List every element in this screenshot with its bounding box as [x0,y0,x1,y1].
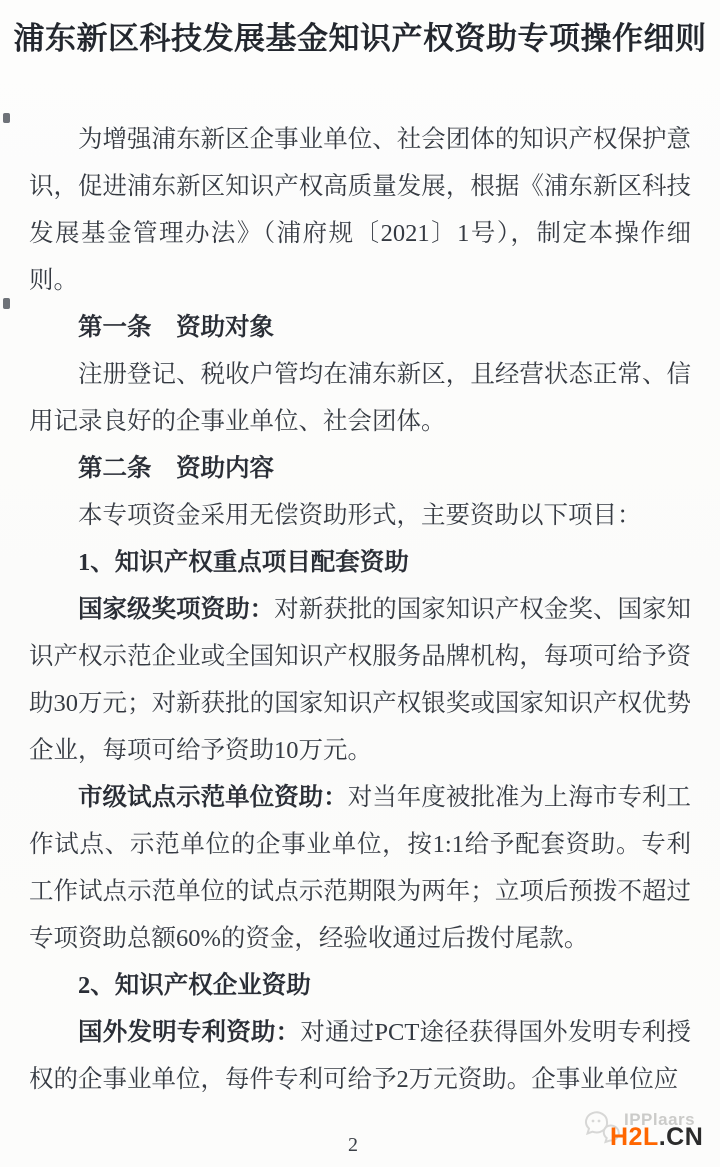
article-1-paragraph: 注册登记、税收户管均在浦东新区，且经营状态正常、信用记录良好的企事业单位、社会团… [29,351,691,445]
paragraph-lead-national-awards: 国家级奖项资助： [78,596,274,623]
scan-speck [3,298,10,309]
watermark-brand-name: H2L [610,1123,659,1151]
document-page: 浦东新区科技发展基金知识产权资助专项操作细则 为增强浦东新区企事业单位、社会团体… [0,0,720,1167]
watermark-brand-suffix: .CN [659,1123,704,1151]
paragraph-lead-municipal-pilot: 市级试点示范单位资助： [78,784,348,811]
watermark: IPPlaars H2L.CN [584,1107,718,1157]
item-1-paragraph-national-awards: 国家级奖项资助：对新获批的国家知识产权金奖、国家知识产权示范企业或全国知识产权服… [29,586,691,774]
item-1-paragraph-municipal-pilot: 市级试点示范单位资助：对当年度被批准为上海市专利工作试点、示范单位的企事业单位，… [29,774,691,962]
article-2-paragraph: 本专项资金采用无偿资助形式，主要资助以下项目： [29,492,691,539]
intro-paragraph: 为增强浦东新区企事业单位、社会团体的知识产权保护意识，促进浦东新区知识产权高质量… [29,116,691,304]
item-2-paragraph-foreign-patent: 国外发明专利资助：对通过PCT途径获得国外发明专利授权的企事业单位，每件专利可给… [29,1009,691,1103]
item-2-heading: 2、知识产权企业资助 [29,962,691,1009]
document-title: 浦东新区科技发展基金知识产权资助专项操作细则 [0,0,720,62]
scan-speck [3,113,10,123]
article-1-heading: 第一条 资助对象 [29,304,691,351]
article-2-heading: 第二条 资助内容 [29,445,691,492]
document-body: 为增强浦东新区企事业单位、社会团体的知识产权保护意识，促进浦东新区知识产权高质量… [29,116,691,1103]
watermark-brand: H2L.CN [610,1123,703,1152]
paragraph-lead-foreign-patent: 国外发明专利资助： [78,1019,300,1046]
item-1-heading: 1、知识产权重点项目配套资助 [29,539,691,586]
